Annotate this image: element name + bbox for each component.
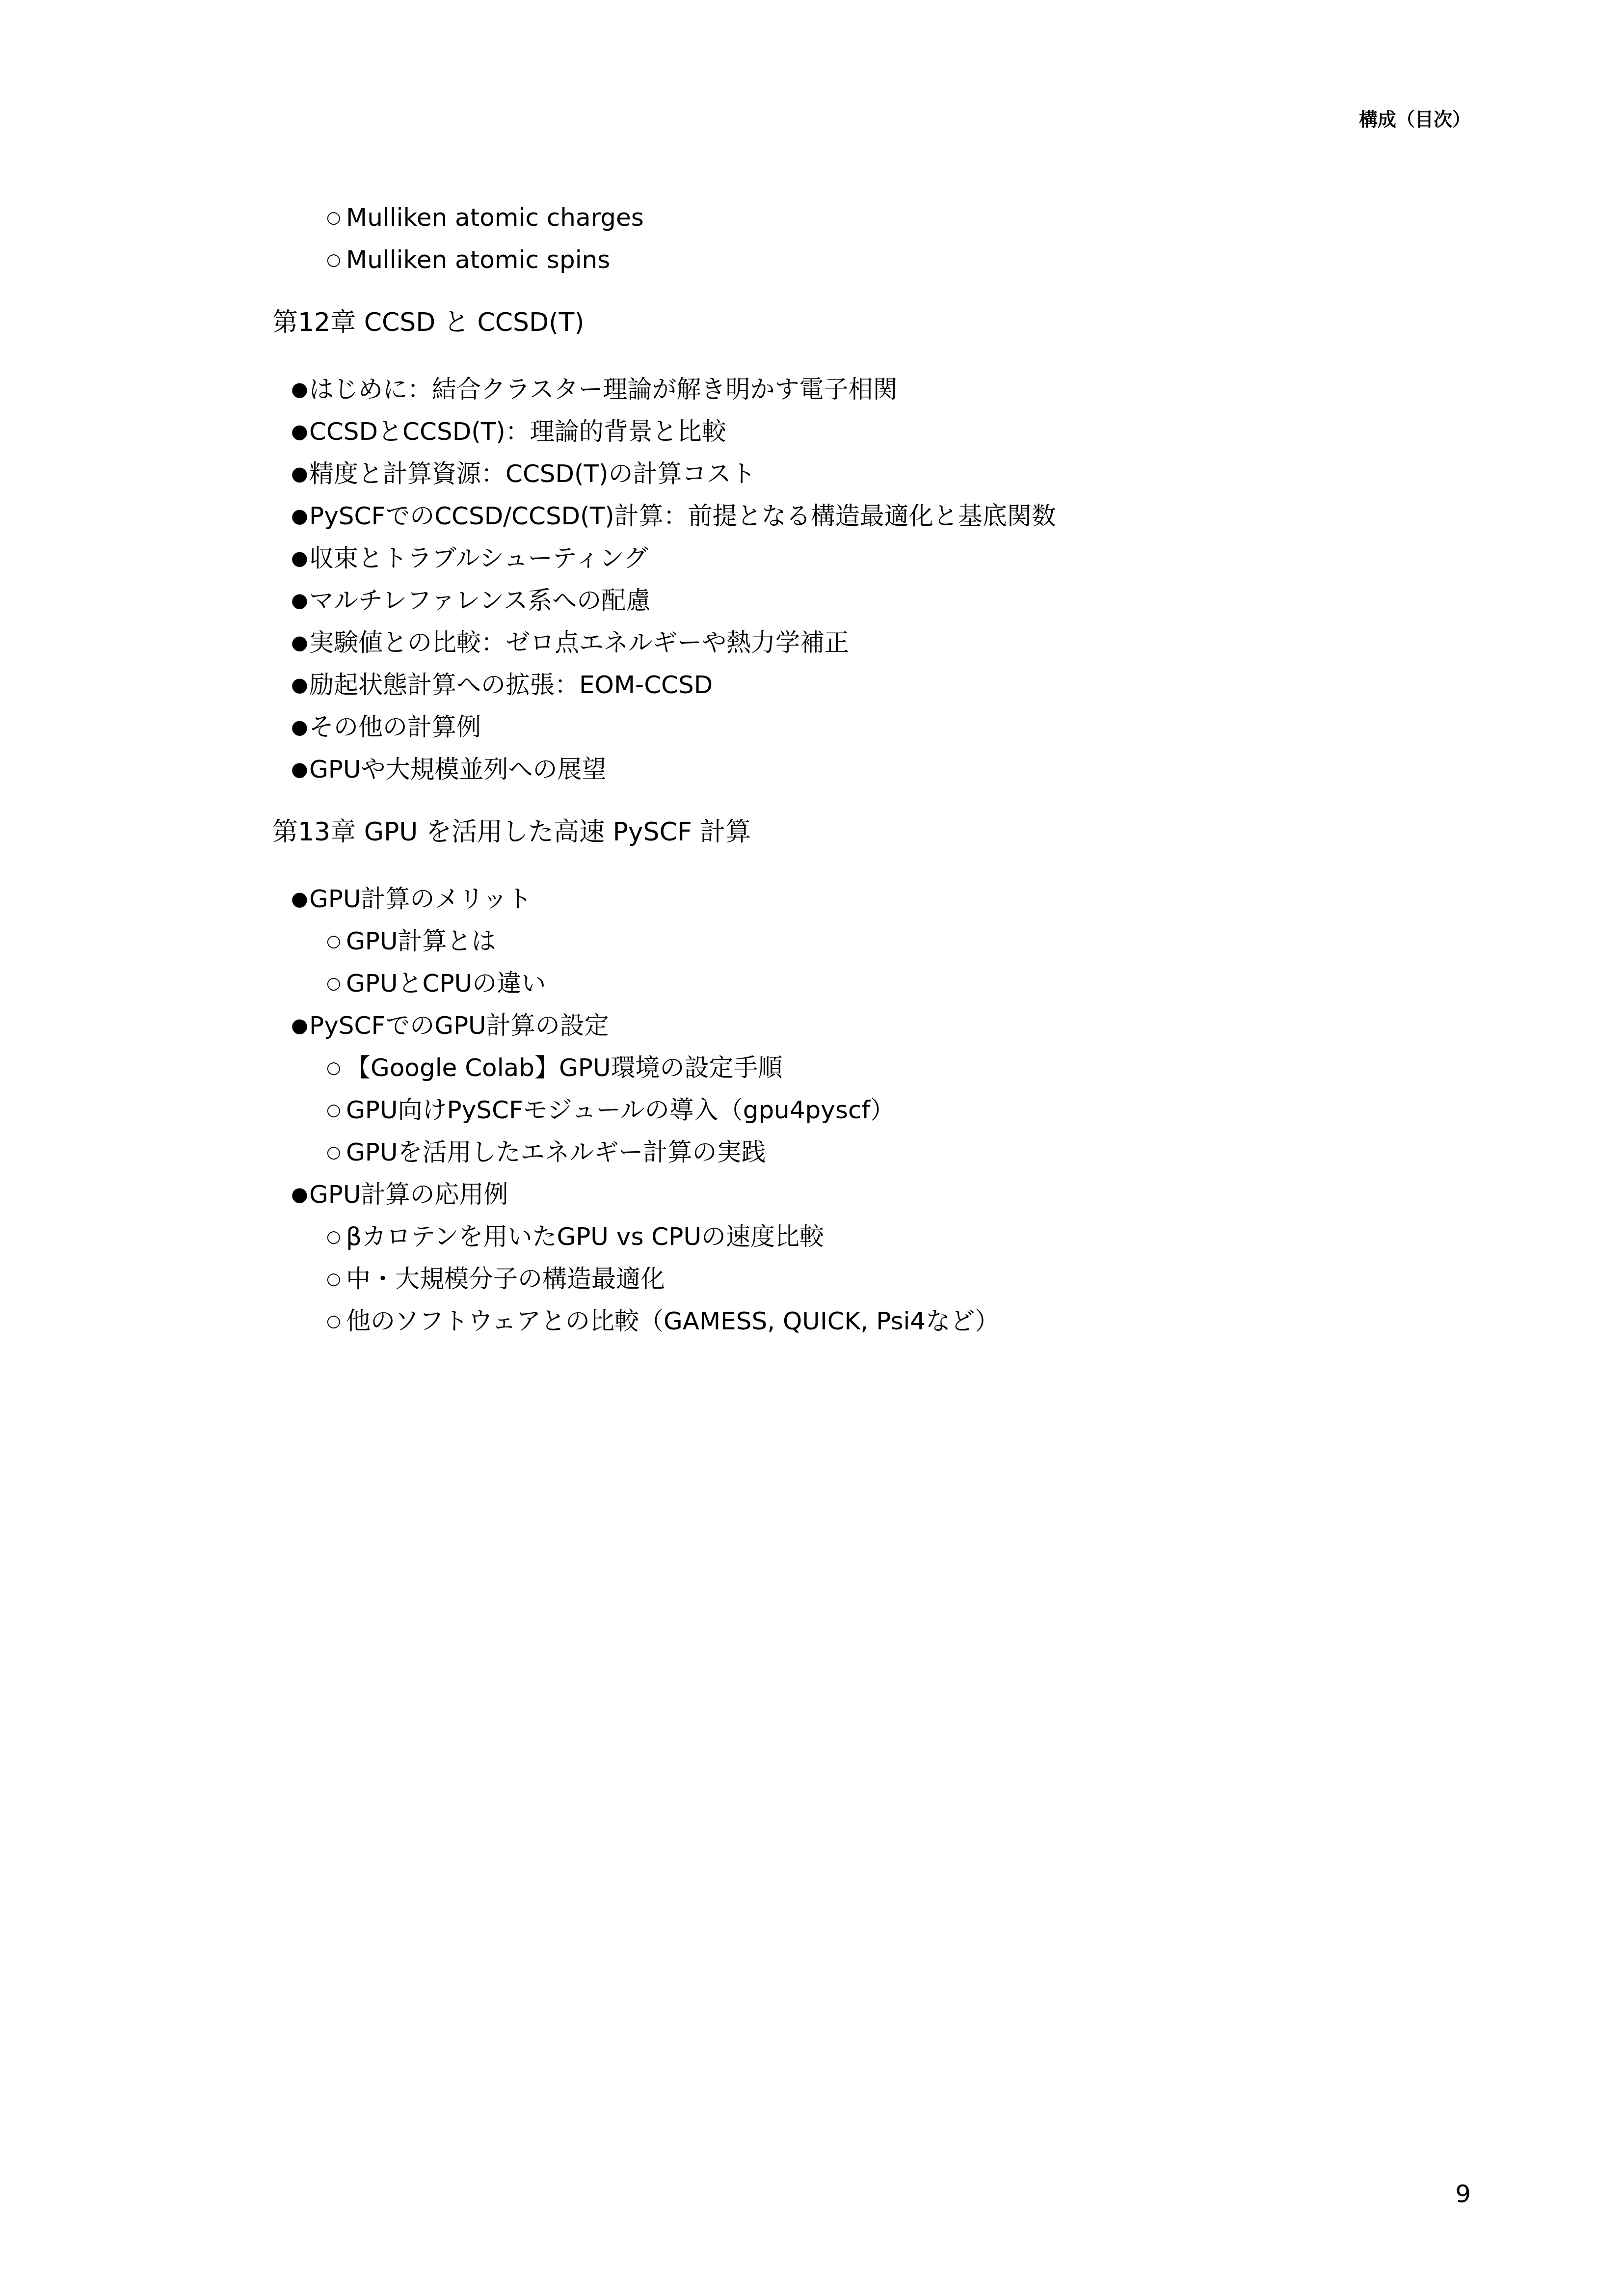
toc-item[interactable]: その他の計算例: [272, 706, 1450, 748]
bullet-icon: [291, 579, 308, 621]
toc-item[interactable]: CCSDとCCSD(T)：理論的背景と比較: [272, 410, 1450, 453]
hollow-bullet-icon: [326, 1258, 341, 1300]
bullet-icon: [291, 878, 308, 920]
chapter-12-heading[interactable]: 第12章 CCSD と CCSD(T): [272, 301, 1450, 344]
toc-item[interactable]: GPU計算のメリット GPU計算とは GPUとCPUの違い: [272, 878, 1450, 1004]
bullet-icon: [291, 664, 308, 706]
toc-subitem[interactable]: 中・大規模分子の構造最適化: [309, 1258, 1450, 1300]
toc-subitem[interactable]: GPU計算とは: [309, 920, 1450, 962]
hollow-bullet-icon: [326, 962, 341, 1004]
toc-item[interactable]: 励起状態計算への拡張：EOM-CCSD: [272, 664, 1450, 706]
toc-item[interactable]: 実験値との比較：ゼロ点エネルギーや熱力学補正: [272, 621, 1450, 664]
toc-item[interactable]: 収束とトラブルシューティング: [272, 537, 1450, 579]
toc-item[interactable]: はじめに：結合クラスター理論が解き明かす電子相関: [272, 368, 1450, 410]
bullet-icon: [291, 453, 308, 495]
chapter-13-heading[interactable]: 第13章 GPU を活用した高速 PySCF 計算: [272, 811, 1450, 853]
hollow-bullet-icon: [326, 196, 341, 239]
bullet-icon: [291, 706, 308, 748]
hollow-bullet-icon: [326, 920, 341, 962]
toc-subitem[interactable]: Mulliken atomic charges: [272, 196, 1450, 239]
bullet-icon: [291, 748, 308, 790]
toc-subitem[interactable]: 他のソフトウェアとの比較（GAMESS, QUICK, Psi4など）: [309, 1300, 1450, 1342]
chapter-13-list: GPU計算のメリット GPU計算とは GPUとCPUの違い PySCFでのGPU…: [272, 878, 1450, 1342]
page-number: 9: [1455, 2180, 1471, 2208]
hollow-bullet-icon: [326, 1300, 341, 1342]
toc-item[interactable]: 精度と計算資源：CCSD(T)の計算コスト: [272, 453, 1450, 495]
bullet-icon: [291, 537, 308, 579]
bullet-icon: [291, 621, 308, 664]
toc-subitem[interactable]: GPUとCPUの違い: [309, 962, 1450, 1004]
toc-sublist: GPU計算とは GPUとCPUの違い: [309, 920, 1450, 1004]
toc-item[interactable]: GPUや大規模並列への展望: [272, 748, 1450, 790]
toc-item[interactable]: マルチレファレンス系への配慮: [272, 579, 1450, 621]
bullet-icon: [291, 410, 308, 453]
toc-subitem[interactable]: GPU向けPySCFモジュールの導入（gpu4pyscf）: [309, 1089, 1450, 1131]
hollow-bullet-icon: [326, 1089, 341, 1131]
toc-subitem[interactable]: βカロテンを用いたGPU vs CPUの速度比較: [309, 1216, 1450, 1258]
toc-sublist: 【Google Colab】GPU環境の設定手順 GPU向けPySCFモジュール…: [309, 1047, 1450, 1173]
bullet-icon: [291, 368, 308, 410]
toc-sublist: βカロテンを用いたGPU vs CPUの速度比較 中・大規模分子の構造最適化 他…: [309, 1216, 1450, 1342]
running-header: 構成（目次）: [1359, 104, 1471, 131]
toc-item[interactable]: PySCFでのCCSD/CCSD(T)計算：前提となる構造最適化と基底関数: [272, 495, 1450, 537]
toc-subitem[interactable]: 【Google Colab】GPU環境の設定手順: [309, 1047, 1450, 1089]
bullet-icon: [291, 1173, 308, 1216]
hollow-bullet-icon: [326, 239, 341, 281]
hollow-bullet-icon: [326, 1131, 341, 1173]
continued-sublist: Mulliken atomic charges Mulliken atomic …: [272, 196, 1450, 281]
hollow-bullet-icon: [326, 1047, 341, 1089]
hollow-bullet-icon: [326, 1216, 341, 1258]
toc-item[interactable]: PySCFでのGPU計算の設定 【Google Colab】GPU環境の設定手順…: [272, 1004, 1450, 1173]
toc-subitem[interactable]: Mulliken atomic spins: [272, 239, 1450, 281]
toc-content: Mulliken atomic charges Mulliken atomic …: [272, 196, 1450, 1342]
toc-subitem[interactable]: GPUを活用したエネルギー計算の実践: [309, 1131, 1450, 1173]
chapter-12-list: はじめに：結合クラスター理論が解き明かす電子相関 CCSDとCCSD(T)：理論…: [272, 368, 1450, 790]
bullet-icon: [291, 1004, 308, 1047]
toc-item[interactable]: GPU計算の応用例 βカロテンを用いたGPU vs CPUの速度比較 中・大規模…: [272, 1173, 1450, 1342]
bullet-icon: [291, 495, 308, 537]
